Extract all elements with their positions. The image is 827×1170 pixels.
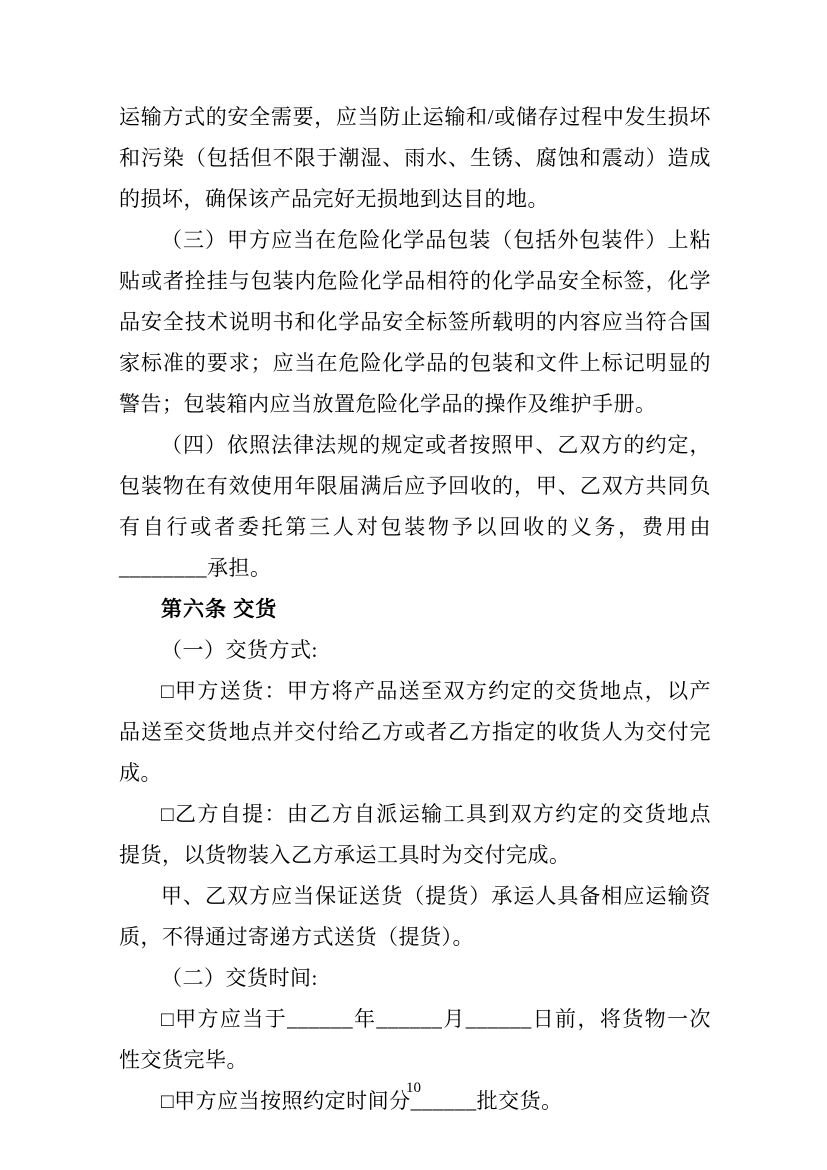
page-number: 10 [0,1078,827,1098]
paragraph: □甲方送货：甲方将产品送至双方约定的交货地点，以产品送至交货地点并交付给乙方或者… [119,671,711,794]
section-heading: 第六条 交货 [119,589,711,630]
paragraph: □甲方应当于______年______月______日前，将货物一次性交货完毕。 [119,999,711,1081]
paragraph: 运输方式的安全需要，应当防止运输和/或储存过程中发生损坏和污染（包括但不限于潮湿… [119,97,711,220]
document-page: 运输方式的安全需要，应当防止运输和/或储存过程中发生损坏和污染（包括但不限于潮湿… [0,0,827,1170]
document-content: 运输方式的安全需要，应当防止运输和/或储存过程中发生损坏和污染（包括但不限于潮湿… [119,97,711,1122]
paragraph: 甲、乙双方应当保证送货（提货）承运人具备相应运输资质，不得通过寄递方式送货（提货… [119,876,711,958]
paragraph: （一）交货方式: [119,630,711,671]
paragraph: （四）依照法律法规的规定或者按照甲、乙双方的约定，包装物在有效使用年限届满后应予… [119,425,711,589]
paragraph: （三）甲方应当在危险化学品包装（包括外包装件）上粘贴或者拴挂与包装内危险化学品相… [119,220,711,425]
paragraph: □乙方自提：由乙方自派运输工具到双方约定的交货地点提货，以货物装入乙方承运工具时… [119,794,711,876]
paragraph: （二）交货时间: [119,958,711,999]
